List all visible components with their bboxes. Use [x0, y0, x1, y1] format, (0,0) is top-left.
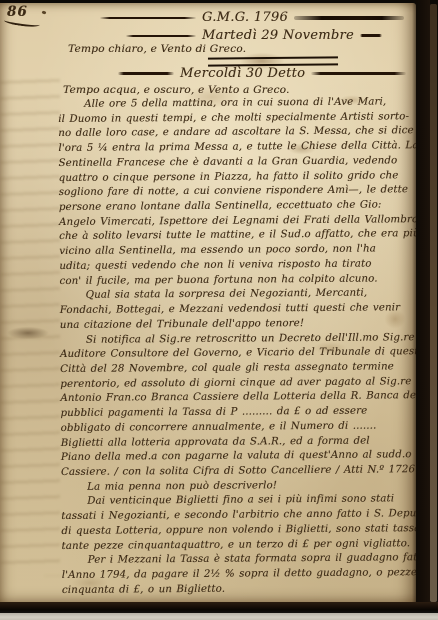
- header-rule-right-flourish: [294, 16, 404, 20]
- paragraph: Alle ore 5 della mattina, ora in cui suo…: [58, 95, 416, 289]
- date-rule-left: [126, 35, 196, 37]
- weather-line-tuesday: Tempo chiaro, e Vento di Greco.: [68, 43, 246, 55]
- manuscript-line: Cassiere. / con la solita Cifra di Sotto…: [61, 463, 416, 481]
- paragraph: Si notifica al Sig.re retroscritto un De…: [60, 331, 416, 481]
- page-edge-sliver: [430, 4, 437, 602]
- header-date-row-wednesday: Mercoldì 30 Detto: [118, 66, 406, 81]
- weather-line-wednesday: Tempo acqua, e oscuro, e Vento a Greco.: [63, 84, 290, 96]
- photo-background: 86 G.M.G. 1796 Martedì 29 Novembre Tempo…: [0, 0, 438, 620]
- motto-year-heading: G.M.G. 1796: [202, 10, 288, 25]
- bleedthrough-ghost-text: [0, 75, 60, 576]
- header-motto-row: G.M.G. 1796: [100, 10, 404, 25]
- date-rule-right-2: [311, 72, 406, 75]
- date-heading-tuesday: Martedì 29 Novembre: [202, 28, 354, 43]
- manuscript-line: l'Anno 1794, da pagare il 2½ % sopra il …: [62, 566, 416, 584]
- pen-flourish-mark: [42, 10, 47, 14]
- header-rule-left: [100, 17, 196, 19]
- date-rule-left-2: [118, 72, 174, 75]
- date-heading-wednesday: Mercoldì 30 Detto: [180, 66, 305, 81]
- table-surface-strip: [0, 613, 438, 620]
- manuscript-page: 86 G.M.G. 1796 Martedì 29 Novembre Tempo…: [0, 3, 416, 604]
- date-rule-right: [360, 34, 382, 37]
- book-bottom-edge: [0, 602, 438, 613]
- manuscript-line: Fondachi, Bottegai, e Mezzani vedendosi …: [60, 301, 416, 319]
- manuscript-line: cinquanta di £, o un Biglietto.: [62, 581, 416, 599]
- paragraph: Qual sia stata la sorpresa dei Negoziant…: [60, 286, 416, 333]
- paragraph: Dai venticinque Biglietti fino a sei i p…: [61, 493, 416, 555]
- header-date-row-tuesday: Martedì 29 Novembre: [126, 28, 382, 43]
- book-spine-shadow: [412, 0, 430, 606]
- folio-underline-flourish: [4, 16, 41, 29]
- manuscript-text: Alle ore 5 della mattina, ora in cui suo…: [58, 95, 416, 598]
- paragraph: Per i Mezzani la Tassa è stata formata s…: [62, 551, 416, 598]
